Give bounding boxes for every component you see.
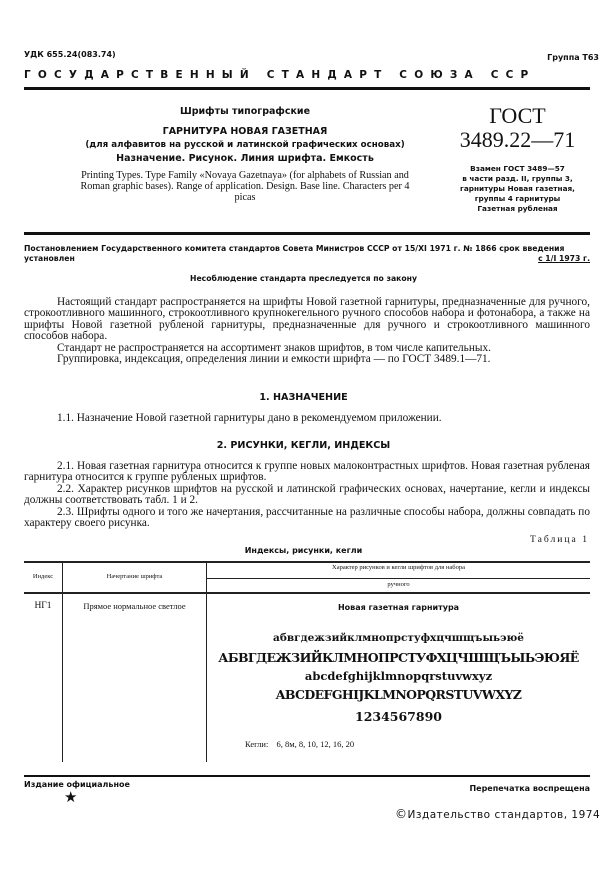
table-label: Таблица 1 [530,534,589,545]
copyright-icon: © [395,807,408,821]
replaces-line: Взамен ГОСТ 3489—57 [430,164,605,174]
gost-label: ГОСТ [430,104,605,128]
table-header-rule [24,592,590,594]
paragraph: 1.1. Назначение Новой газетной гарнитуры… [24,413,590,424]
sizes-row: Кегли: 6, 8м, 8, 10, 12, 16, 20 [245,739,354,749]
gost-number: 3489.22—71 [430,128,605,152]
sample-digits: 1234567890 [207,709,590,724]
section-1-text: 1.1. Назначение Новой газетной гарнитуры… [24,413,590,424]
sizes-label: Кегли: [245,739,268,749]
paragraph: 2.2. Характер рисунков шрифтов на русско… [24,484,590,507]
paragraph: Группировка, индексация, определения лин… [24,354,590,365]
footer-rule [24,775,590,777]
title-line-1: Шрифты типографские [60,106,430,117]
paragraph: Настоящий стандарт распространяется на ш… [24,297,590,343]
replaces-line: группы 4 гарнитуры [430,194,605,204]
title-line-2: ГАРНИТУРА НОВАЯ ГАЗЕТНАЯ [60,126,430,137]
header-rule [24,87,590,90]
row-style: Прямое нормальное светлое [63,601,206,611]
replaces-line: в части разд. II, группы 3, [430,174,605,184]
title-rule [24,232,590,235]
table-header-divider [207,578,590,579]
title-block: Шрифты типографские ГАРНИТУРА НОВАЯ ГАЗЕ… [60,106,430,203]
english-title: Printing Types. Type Family «Novaya Gaze… [60,170,430,203]
sample-cyrillic-upper: АБВГДЕЖЗИЙКЛМНОПРСТУФХЦЧШЩЪЫЬЭЮЯЁ [207,650,590,665]
type-sample: Новая газетная гарнитура абвгдежзийклмно… [207,601,590,761]
title-line-4: Назначение. Рисунок. Линия шрифта. Емкос… [60,153,430,164]
reprint-notice: Перепечатка воспрещена [469,784,590,793]
replaces-line: Газетная рубленая [430,204,605,214]
paragraph: 2.1. Новая газетная гарнитура относится … [24,461,590,484]
decree-date: с 1/I 1973 г. [538,254,590,264]
decree-text: Постановлением Государственного комитета… [24,244,590,264]
sizes-value: 6, 8м, 8, 10, 12, 16, 20 [276,739,354,749]
gost-block: ГОСТ 3489.22—71 Взамен ГОСТ 3489—57 в ча… [430,104,605,214]
title-line-3: (для алфавитов на русской и латинской гр… [60,140,430,150]
state-standard-banner: ГОСУДАРСТВЕННЫЙ СТАНДАРТ СОЮЗА ССР [24,69,590,81]
table-col-divider [62,562,63,762]
star-icon: ★ [64,788,77,806]
row-index: НГ1 [24,601,62,611]
intro-text: Настоящий стандарт распространяется на ш… [24,297,590,365]
law-notice: Несоблюдение стандарта преследуется по з… [0,274,607,283]
header-index: Индекс [24,573,62,580]
section-1-heading: 1. НАЗНАЧЕНИЕ [0,392,607,403]
udk-code: УДК 655.24(083.74) [24,50,116,59]
header-manual: ручного [207,581,590,588]
table-title: Индексы, рисунки, кегли [0,546,607,555]
section-2-heading: 2. РИСУНКИ, КЕГЛИ, ИНДЕКСЫ [0,440,607,451]
header-style: Начертание шрифта [63,573,206,580]
sample-latin-upper: ABCDEFGHIJKLMNOPQRSTUVWXYZ [207,687,590,702]
table-top-rule [24,561,590,563]
sample-cyrillic-lower: абвгдежзийклмнопрстуфхцчшщъыьэюё [207,632,590,644]
paragraph: 2.3. Шрифты одного и того же начертания,… [24,507,590,530]
group-code: Группа Т63 [547,53,599,62]
sample-latin-lower: abcdefghijklmnopqrstuvwxyz [207,669,590,683]
copyright-text: Издательство стандартов, 1974 [408,809,601,821]
section-2-text: 2.1. Новая газетная гарнитура относится … [24,461,590,529]
copyright: ©Издательство стандартов, 1974 [395,807,600,821]
family-name: Новая газетная гарнитура [207,603,590,612]
decree: Постановлением Государственного комитета… [24,244,590,264]
replaces-line: гарнитуры Новая газетная, [430,184,605,194]
header-character: Характер рисунков и кегли шрифтов для на… [207,564,590,571]
